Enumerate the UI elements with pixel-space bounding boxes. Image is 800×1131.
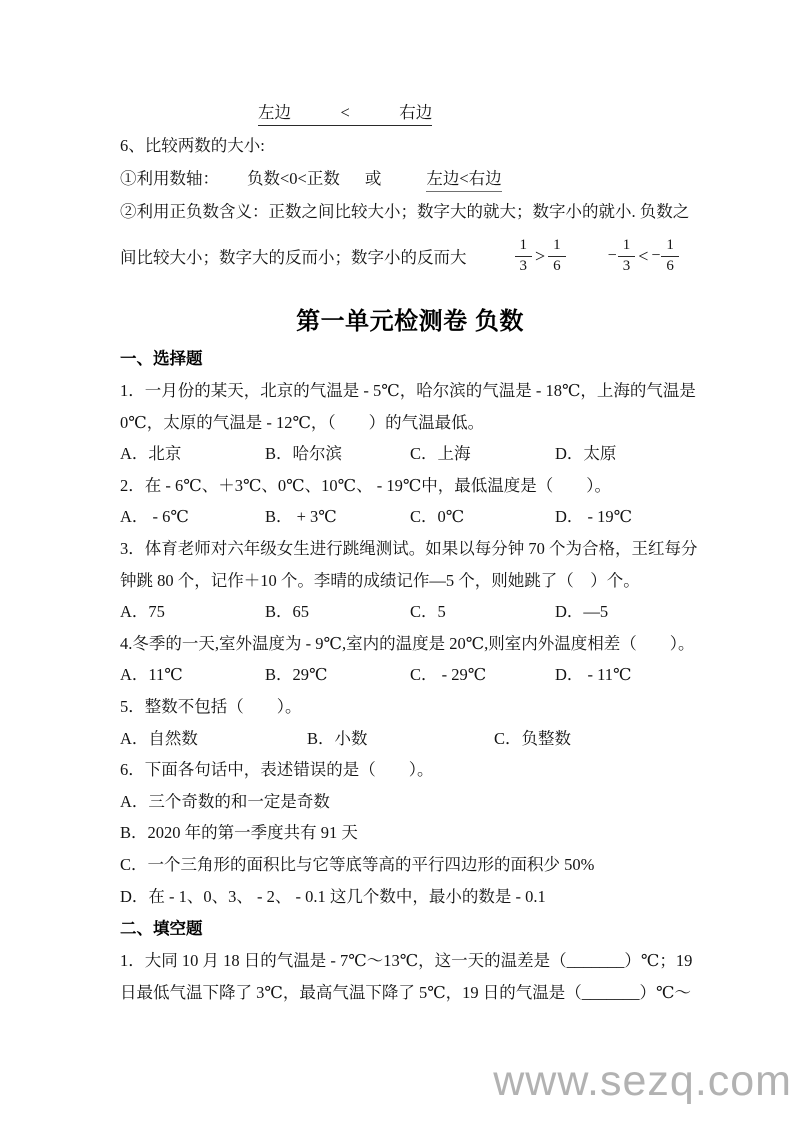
option-b: B．29℃ [265, 659, 410, 691]
question-6-option-d: D．在 - 1、0、3、 - 2、 - 0.1 这几个数中，最小的数是 - 0.… [120, 881, 700, 913]
question-1-line-1: 1．一月份的某天，北京的气温是 - 5℃，哈尔滨的气温是 - 18℃，上海的气温… [120, 375, 700, 407]
less-than-sign: < [638, 246, 648, 267]
minus-sign: − [608, 247, 617, 265]
fraction-comparison-2: − 13 < − 16 [608, 237, 679, 275]
question-2-options: A． - 6℃ B． + 3℃ C．0℃ D． - 19℃ [120, 501, 700, 533]
note-top-comparison-line: 左边 < 右边 [120, 96, 700, 129]
note-meaning-line-1: ②利用正负数含义：正数之间比较大小；数字大的就大；数字小的就小. 负数之 [120, 195, 700, 228]
section-heading-choice: 一、选择题 [120, 342, 700, 375]
question-3-line-2: 钟跳 80 个，记作＋10 个。李晴的成绩记作—5 个，则她跳了（ ）个。 [120, 565, 700, 597]
option-b: B．哈尔滨 [265, 438, 410, 470]
note-item6: 6、比较两数的大小: [120, 129, 700, 162]
fraction-one-sixth: 16 [548, 237, 566, 275]
question-3-options: A．75 B．65 C．5 D．—5 [120, 596, 700, 628]
fraction-comparison-1: 13 > 16 [515, 237, 566, 275]
option-c: C．上海 [410, 438, 555, 470]
fill-question-1-line-1: 1．大同 10 月 18 日的气温是 - 7℃～13℃，这一天的温差是（____… [120, 945, 700, 977]
fraction-neg-one-sixth: 16 [661, 237, 679, 275]
question-6-option-c: C．一个三角形的面积比与它等底等高的平行四边形的面积少 50% [120, 849, 700, 881]
question-4-options: A．11℃ B．29℃ C． - 29℃ D． - 11℃ [120, 659, 700, 691]
question-1-options: A．北京 B．哈尔滨 C．上海 D．太原 [120, 438, 700, 470]
option-d: D．—5 [555, 596, 608, 628]
option-d: D． - 11℃ [555, 659, 632, 691]
option-a: A． - 6℃ [120, 501, 265, 533]
option-d: D． - 19℃ [555, 501, 632, 533]
note-meaning-line-2: 间比较大小；数字大的反而小；数字小的反而大 [120, 244, 467, 268]
option-c: C．0℃ [410, 501, 555, 533]
worksheet-page: 左边 < 右边 6、比较两数的大小: ①利用数轴：负数<0<正数或左边<右边 ②… [0, 0, 800, 1131]
question-6-line-1: 6．下面各句话中，表述错误的是（ ）。 [120, 754, 700, 786]
question-6-option-a: A．三个奇数的和一定是奇数 [120, 786, 700, 818]
watermark: www.sezq.com [493, 1060, 792, 1103]
note-top-comparison: 左边 < 右边 [258, 101, 432, 126]
section-heading-fill: 二、填空题 [120, 912, 700, 945]
option-a: A．75 [120, 596, 265, 628]
option-a: A．11℃ [120, 659, 265, 691]
option-c: C．负整数 [494, 723, 571, 755]
option-b: B．小数 [307, 723, 494, 755]
question-4-line-1: 4.冬季的一天,室外温度为 - 9℃,室内的温度是 20℃,则室内外温度相差（ … [120, 628, 700, 660]
option-c: C． - 29℃ [410, 659, 555, 691]
option-b: B．65 [265, 596, 410, 628]
question-5-options: A．自然数 B．小数 C．负整数 [120, 723, 700, 755]
question-5-line-1: 5．整数不包括（ ）。 [120, 691, 700, 723]
axis-rule-1: 负数<0<正数 [247, 169, 340, 188]
fraction-one-third: 13 [515, 237, 533, 275]
question-6-option-b: B．2020 年的第一季度共有 91 天 [120, 817, 700, 849]
fraction-neg-one-third: 13 [618, 237, 636, 275]
fill-question-1-line-2: 日最低气温下降了 3℃，最高气温下降了 5℃，19 日的气温是（_______）… [120, 977, 700, 1009]
note-axis-line: ①利用数轴：负数<0<正数或左边<右边 [120, 162, 700, 195]
option-b: B． + 3℃ [265, 501, 410, 533]
axis-rule-2: 左边<右边 [426, 167, 501, 192]
option-c: C．5 [410, 596, 555, 628]
axis-label: ①利用数轴： [120, 169, 219, 188]
page-content: 左边 < 右边 6、比较两数的大小: ①利用数轴：负数<0<正数或左边<右边 ②… [0, 0, 800, 1008]
greater-than-sign: > [535, 246, 545, 267]
question-1-line-2: 0℃，太原的气温是 - 12℃，（ ）的气温最低。 [120, 407, 700, 439]
axis-or: 或 [365, 169, 382, 188]
option-a: A．北京 [120, 438, 265, 470]
page-title: 第一单元检测卷 负数 [120, 306, 700, 338]
option-a: A．自然数 [120, 723, 307, 755]
question-2-line-1: 2．在 - 6℃、＋3℃、0℃、10℃、 - 19℃中，最低温度是（ ）。 [120, 470, 700, 502]
note-meaning-line-2-row: 间比较大小；数字大的反而小；数字小的反而大 13 > 16 − 13 < − 1… [120, 228, 700, 284]
option-d: D．太原 [555, 438, 616, 470]
question-3-line-1: 3．体育老师对六年级女生进行跳绳测试。如果以每分钟 70 个为合格，王红每分 [120, 533, 700, 565]
minus-sign: − [651, 247, 660, 265]
